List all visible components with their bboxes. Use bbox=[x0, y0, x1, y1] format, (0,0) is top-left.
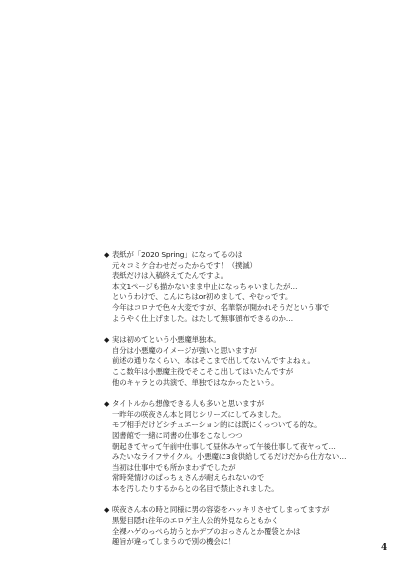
note-line: 本文1ページも描かないまま中止になっちゃいましたが… bbox=[104, 282, 394, 293]
note-line: 趣旨が違ってしまうので別の機会に！ bbox=[104, 537, 394, 548]
note-line: 図書館で一緒に司書の仕事をこなしつつ bbox=[104, 431, 394, 442]
note-line: ようやく仕上げました。はたして無事頒布できるのか… bbox=[104, 314, 394, 325]
note-line: 一昨年の咲夜さん本と同じシリーズにしてみました。 bbox=[104, 410, 394, 421]
page-number: 4 bbox=[381, 543, 387, 553]
note-line: モブ相手だけどシチュエーション的には既にくっついてる的な。 bbox=[104, 420, 394, 431]
note-line: 他のキャラとの共演で、単独ではなかったという。 bbox=[104, 378, 394, 389]
note-line: というわけで、こんにちはor初めまして、やむっです。 bbox=[104, 292, 394, 303]
note-line: 自分は小悪魔のイメージが強いと思いますが bbox=[104, 346, 394, 357]
note-line: 当初は仕事中でも所かまわずでしたが bbox=[104, 463, 394, 474]
note-line: ここ数年は小悪魔主役でそこそこ出してはいたんですが bbox=[104, 367, 394, 378]
note-line: 表紙が「2020 Spring」になってるのは bbox=[112, 250, 242, 259]
note-line: 全裸ハゲのっぺら坊うとかデブのおっさんとか覆袋とかは bbox=[104, 527, 394, 538]
diamond-bullet-icon: ◆ bbox=[104, 505, 112, 516]
diamond-bullet-icon: ◆ bbox=[104, 399, 112, 410]
note-section-appearance: ◆咲夜さん本の時と同様に男の容姿をハッキリさせてしまってますが 黒髪目隠れ往年の… bbox=[104, 505, 394, 547]
note-line: みたいなライフサイクル。小悪魔に3食供給してるだけだから仕方ない… bbox=[104, 452, 394, 463]
note-line: 前述の通りなくらい、本はそこまで出してないんですよねぇ。 bbox=[104, 356, 394, 367]
afterword-notes: ◆表紙が「2020 Spring」になってるのは 元々コミケ合わせだったからです… bbox=[104, 250, 394, 559]
note-section-cover: ◆表紙が「2020 Spring」になってるのは 元々コミケ合わせだったからです… bbox=[104, 250, 394, 324]
note-line: 黒髪目隠れ往年のエロゲ主人公的外見ならともかく bbox=[104, 516, 394, 527]
note-line: タイトルから想像できる人も多いと思いますが bbox=[112, 399, 264, 408]
diamond-bullet-icon: ◆ bbox=[104, 335, 112, 346]
note-line: 元々コミケ合わせだったからです！（撲滅） bbox=[104, 261, 394, 272]
note-line: 表紙だけは入稿終えてたんですよ。 bbox=[104, 271, 394, 282]
note-line: 咲夜さん本の時と同様に男の容姿をハッキリさせてしまってますが bbox=[112, 505, 329, 514]
note-line: 本を汚したりするからとの名目で禁止されました。 bbox=[104, 484, 394, 495]
note-line: 朝起きてヤって午前中仕事して昼休みヤって午後仕事して夜ヤって… bbox=[104, 442, 394, 453]
note-section-title: ◆タイトルから想像できる人も多いと思いますが 一昨年の咲夜さん本と同じシリーズに… bbox=[104, 399, 394, 494]
note-line: 今年はコロナで色々大変ですが、名華祭が開かれそうだという事で bbox=[104, 303, 394, 314]
note-line: 常時発情けのぱっちぇさんが耐えられないので bbox=[104, 473, 394, 484]
diamond-bullet-icon: ◆ bbox=[104, 250, 112, 261]
note-section-koakuma: ◆実は初めてという小悪魔単独本。 自分は小悪魔のイメージが強いと思いますが 前述… bbox=[104, 335, 394, 388]
note-line: 実は初めてという小悪魔単独本。 bbox=[112, 335, 221, 344]
